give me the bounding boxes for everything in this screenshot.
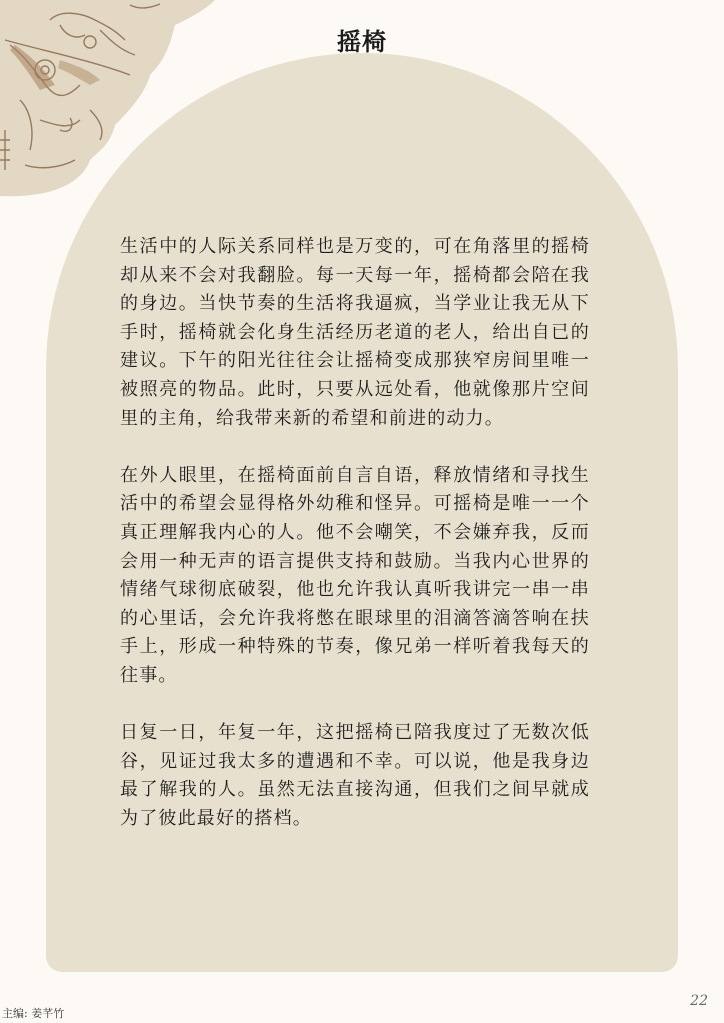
page-title: 摇椅	[0, 22, 724, 57]
paragraph: 生活中的人际关系同样也是万变的，可在角落里的摇椅却从来不会对我翻脸。每一天每一年…	[120, 233, 590, 433]
paragraph: 在外人眼里，在摇椅面前自言自语，释放情绪和寻找生活中的希望会显得格外幼稚和怪异。…	[120, 462, 590, 691]
editor-credit: 主编: 姜芊竹	[2, 1005, 64, 1021]
page-number: 22	[690, 993, 708, 1009]
paragraph: 日复一日，年复一年，这把摇椅已陪我度过了无数次低谷，见证过我太多的遭遇和不幸。可…	[120, 719, 590, 833]
article-body: 生活中的人际关系同样也是万变的，可在角落里的摇椅却从来不会对我翻脸。每一天每一年…	[120, 233, 590, 862]
